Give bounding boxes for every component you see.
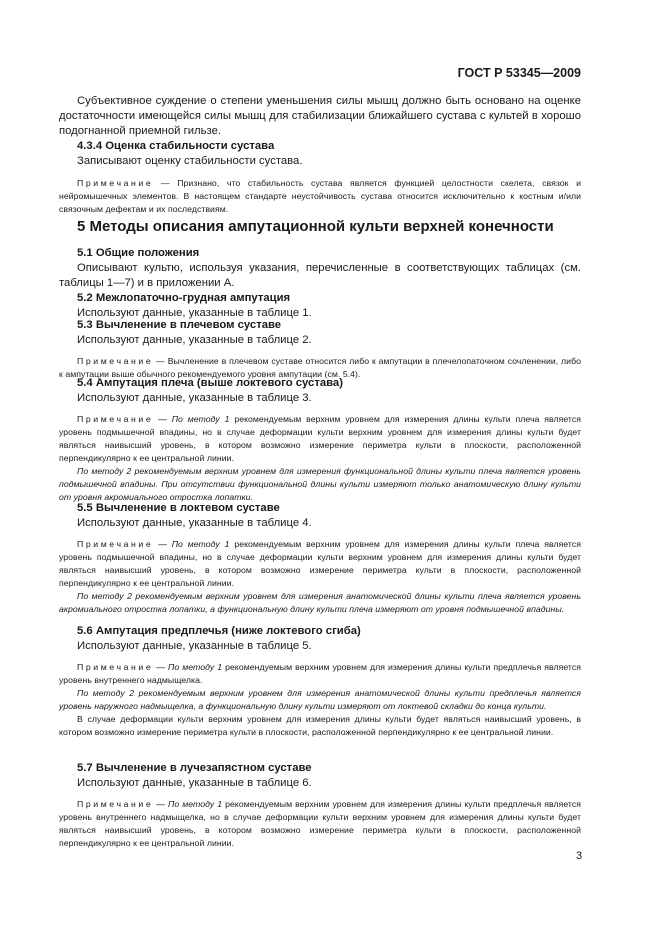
section-4-3-4: 4.3.4 Оценка стабильности сустава Записы… [59,139,581,169]
intro-block: Субъективное суждение о степени уменьшен… [59,94,581,139]
note-paragraph: Примечание — По методу 1 рекомендуемым в… [59,538,581,590]
note-method2: По методу 2 рекомендуемым верхним уровне… [59,687,581,713]
note-paragraph: Примечание — По методу 1 рекомендуемым в… [59,798,581,850]
note-method1: По методу 1 [172,414,230,424]
note-5-5: Примечание — По методу 1 рекомендуемым в… [59,538,581,616]
note-5-6: Примечание — По методу 1 рекомендуемым в… [59,661,581,739]
section-text: Записывают оценку стабильности сустава. [77,154,581,169]
note-paragraph: Примечание — По методу 1 рекомендуемым в… [59,661,581,687]
note-label: Примечание [77,178,153,188]
note-label: Примечание [77,799,153,809]
section-5-3: 5.3 Вычленение в плечевом суставе Исполь… [59,318,581,348]
note-dash: — [153,414,171,424]
section-heading: 5.3 Вычленение в плечевом суставе [77,318,581,333]
note-dash: — [153,662,168,672]
section-text: Используют данные, указанные в таблице 3… [77,391,581,406]
page-number: 3 [576,850,582,862]
section-text: Используют данные, указанные в таблице 2… [77,333,581,348]
note-5-7: Примечание — По методу 1 рекомендуемым в… [59,798,581,850]
note-method1: По методу 1 [168,799,222,809]
section-5: 5 Методы описания ампутационной культи в… [59,218,581,236]
note-dash: — [153,799,168,809]
note-label: Примечание [77,662,153,672]
note-method1: По методу 1 [168,662,222,672]
section-text: Используют данные, указанные в таблице 4… [77,516,581,531]
section-text: Используют данные, указанные в таблице 6… [77,776,581,791]
note-method2: По методу 2 рекомендуемым верхним уровне… [59,590,581,616]
section-heading: 5.4 Ампутация плеча (выше локтевого суст… [77,376,581,391]
section-5-6: 5.6 Ампутация предплечья (ниже локтевого… [59,624,581,654]
note-label: Примечание [77,414,153,424]
section-heading: 4.3.4 Оценка стабильности сустава [77,139,581,154]
section-5-2: 5.2 Межлопаточно-грудная ампутация Испол… [59,291,581,321]
section-heading: 5.6 Ампутация предплечья (ниже локтевого… [77,624,581,639]
section-text: Описывают культю, используя указания, пе… [59,261,581,291]
section-5-1: 5.1 Общие положения Описывают культю, ис… [59,246,581,291]
note-paragraph: Примечание — Признано, что стабильность … [59,177,581,216]
section-heading: 5.7 Вычленение в лучезапястном суставе [77,761,581,776]
note-4-3-4: Примечание — Признано, что стабильность … [59,177,581,216]
section-heading: 5.1 Общие положения [77,246,581,261]
note-label: Примечание [77,356,153,366]
note-method1: По методу 1 [172,539,230,549]
section-5-7: 5.7 Вычленение в лучезапястном суставе И… [59,761,581,791]
intro-paragraph: Субъективное суждение о степени уменьшен… [59,94,581,139]
note-label: Примечание [77,539,153,549]
document-header-id: ГОСТ Р 53345—2009 [458,66,581,80]
note-method2: По методу 2 рекомендуемым верхним уровне… [59,465,581,504]
section-5-5: 5.5 Вычленение в локтевом суставе Исполь… [59,501,581,531]
note-dash: — [153,539,171,549]
note-paragraph: Примечание — По методу 1 рекомендуемым в… [59,413,581,465]
chapter-heading: 5 Методы описания ампутационной культи в… [77,218,581,236]
section-heading: 5.2 Межлопаточно-грудная ампутация [77,291,581,306]
section-text: Используют данные, указанные в таблице 5… [77,639,581,654]
section-5-4: 5.4 Ампутация плеча (выше локтевого суст… [59,376,581,406]
section-heading: 5.5 Вычленение в локтевом суставе [77,501,581,516]
note-5-4: Примечание — По методу 1 рекомендуемым в… [59,413,581,504]
note-extra: В случае деформации культи верхним уровн… [59,713,581,739]
